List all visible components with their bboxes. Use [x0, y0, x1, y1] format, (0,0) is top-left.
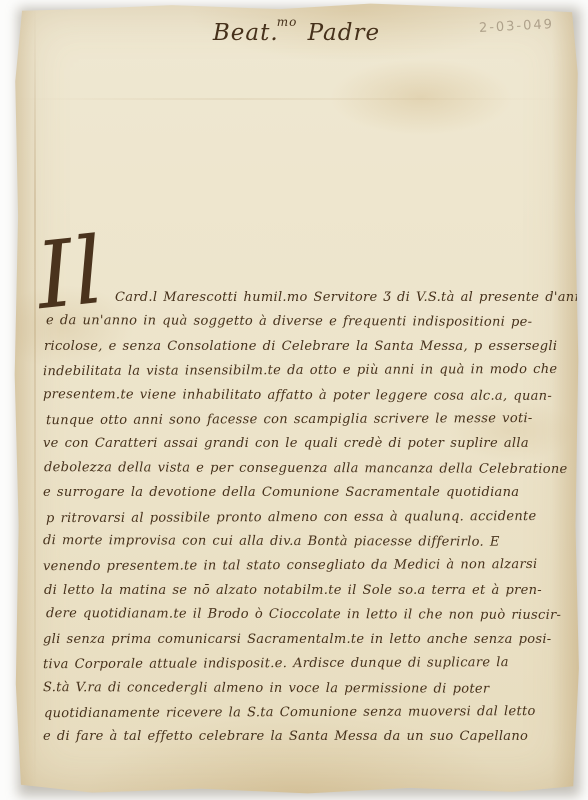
manuscript-line: e di fare à tal effetto celebrare la San… — [43, 725, 573, 749]
manuscript-line: debolezza della vista e per conseguenza … — [44, 456, 573, 482]
manuscript-line: ve con Caratteri assai grandi con le qua… — [43, 432, 573, 456]
manuscript-line: dere quotidianam.te il Brodo ò Cioccolat… — [46, 602, 573, 628]
manuscript-line: gli senza prima comunicarsi Sacramentalm… — [43, 628, 573, 652]
manuscript-line: venendo presentem.te in tal stato conseg… — [43, 553, 573, 580]
manuscript-line: quotidianamente ricevere la S.ta Comunio… — [44, 700, 573, 727]
photo-background: 2-03-049 Beat.mo Padre Il Card.l Maresco… — [0, 0, 588, 800]
letter-salutation: Beat.mo Padre — [13, 15, 580, 46]
manuscript-line: tunque otto anni sono facesse con scampi… — [46, 407, 573, 434]
manuscript-line: di letto la matina se nō alzato notabilm… — [44, 579, 573, 603]
manuscript-line: e surrogare la devotione della Comunione… — [43, 481, 573, 505]
manuscript-line: presentem.te viene inhabilitato affatto … — [43, 383, 573, 409]
manuscript-page: 2-03-049 Beat.mo Padre Il Card.l Maresco… — [13, 2, 580, 795]
manuscript-line: ricolose, e senza Consolatione di Celebr… — [44, 335, 573, 359]
salutation-superscript: mo — [277, 15, 298, 29]
manuscript-line: S.tà V.ra di concedergli almeno in voce … — [43, 676, 573, 702]
letter-body: Il Card.l Marescotti humil.mo Servitore … — [43, 286, 573, 750]
manuscript-line: Card.l Marescotti humil.mo Servitore Ʒ d… — [115, 286, 573, 310]
manuscript-line: di morte improvisa con cui alla div.a Bo… — [43, 529, 573, 555]
manuscript-line: e da un'anno in quà soggetto à diverse e… — [46, 309, 573, 335]
salutation-word-beat: Beat. — [213, 20, 279, 46]
manuscript-line: p ritrovarsi al possibile pronto almeno … — [46, 505, 573, 532]
fold-crease-vertical — [34, 2, 36, 795]
fold-crease-horizontal — [13, 98, 580, 100]
salutation-word-padre: Padre — [308, 20, 380, 46]
manuscript-line: tiva Corporale attuale indisposit.e. Ard… — [43, 651, 573, 678]
manuscript-line: indebilitata la vista insensibilm.te da … — [43, 358, 573, 385]
